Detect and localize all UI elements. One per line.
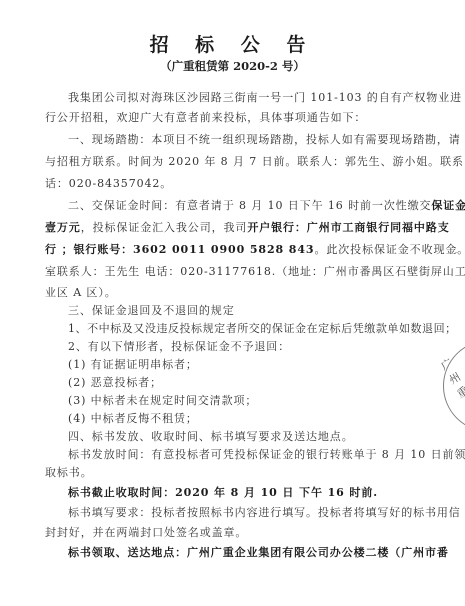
section3-rule-2: 2、有以下情形者，投标保证金不予退回： xyxy=(68,340,433,354)
forfeit-item-1: (1) 有证据证明串标者； xyxy=(68,358,433,372)
fill-requirements-line-2: 封封好，并在两端封口处签名或盖章。 xyxy=(45,526,433,540)
scan-speck xyxy=(455,252,458,253)
deposit-transfer-text: ，投标保证金汇入我公司，我司 xyxy=(81,221,248,234)
section2-line-2: 壹万元，投标保证金汇入我公司，我司开户银行：广州市工商银行同福中路支 xyxy=(45,221,433,235)
intro-line-1: 我集团公司拟对海珠区沙园路三街南一号一门 101-103 的自有产权物业进 xyxy=(68,91,433,105)
section1-line-1: 一、现场踏勘：本项目不统一组织现场踏勘，投标人如有需要现场踏勘，请 xyxy=(68,133,433,147)
page-title: 招 标 公 告 xyxy=(0,30,465,57)
section3-heading: 三、保证金退回及不退回的规定 xyxy=(68,304,433,318)
section2-line-3: 行 ；银行账号：3602 0011 0900 5828 843。此次投标保证金不… xyxy=(45,243,433,257)
section1-line-3: 话：020-84357042。 xyxy=(45,177,433,191)
delivery-place-line-1: 标书领取、送达地点：广州广重企业集团有限公司办公楼二楼（广州市番 xyxy=(68,546,433,560)
forfeit-item-4: (4) 中标者反悔不租赁； xyxy=(68,412,433,426)
document-number: （广重租赁第 2020-2 号） xyxy=(0,58,465,74)
intro-line-2: 行公开招租，欢迎广大有意者前来投标，具体事项通告如下： xyxy=(45,111,433,125)
section2-line-5: 业区 A 区）。 xyxy=(45,286,433,300)
no-cash-note: 。此次投标保证金不收现金。办公 xyxy=(314,243,465,256)
section1-line-2: 与招租方联系。时间为 2020 年 8 月 7 日前。联系人：郭先生、游小姐。联… xyxy=(45,155,433,169)
deposit-time-text: 二、交保证金时间：有意者请于 8 月 10 日下午 16 时前一次性缴交 xyxy=(68,199,431,212)
forfeit-item-3: (3) 中标者未在规定时间交清款项； xyxy=(68,394,433,408)
section2-line-4: 室联系人：王先生 电话：020-31177618.（地址：广州市番禺区石壁街屏山… xyxy=(45,265,433,279)
deposit-amount: 壹万元 xyxy=(45,221,81,234)
bank-account: 行 ；银行账号：3602 0011 0900 5828 843 xyxy=(45,243,314,256)
submission-deadline: 标书截止收取时间：2020 年 8 月 10 日 下午 16 时前. xyxy=(68,486,433,500)
section3-rule-1: 1、不中标及又没违反投标规定者所交的保证金在定标后凭缴款单如数退回； xyxy=(68,322,433,336)
bank-name: 开户银行：广州市工商银行同福中路支 xyxy=(247,221,449,234)
section4-heading: 四、标书发放、收取时间、标书填写要求及送达地点。 xyxy=(68,430,433,444)
issue-time-line-2: 取标书。 xyxy=(45,466,433,480)
issue-time-line-1: 标书发放时间：有意投标者可凭投标保证金的银行转账单于 8 月 10 日前领 xyxy=(68,448,433,462)
deposit-label-bold: 保证金 xyxy=(431,199,465,212)
fill-requirements-line-1: 标书填写要求：投标者按照标书内容进行填写。投标者将填写好的标书用信 xyxy=(68,506,433,520)
forfeit-item-2: (2) 恶意投标者； xyxy=(68,376,433,390)
section2-line-1: 二、交保证金时间：有意者请于 8 月 10 日下午 16 时前一次性缴交保证金 xyxy=(68,199,433,213)
